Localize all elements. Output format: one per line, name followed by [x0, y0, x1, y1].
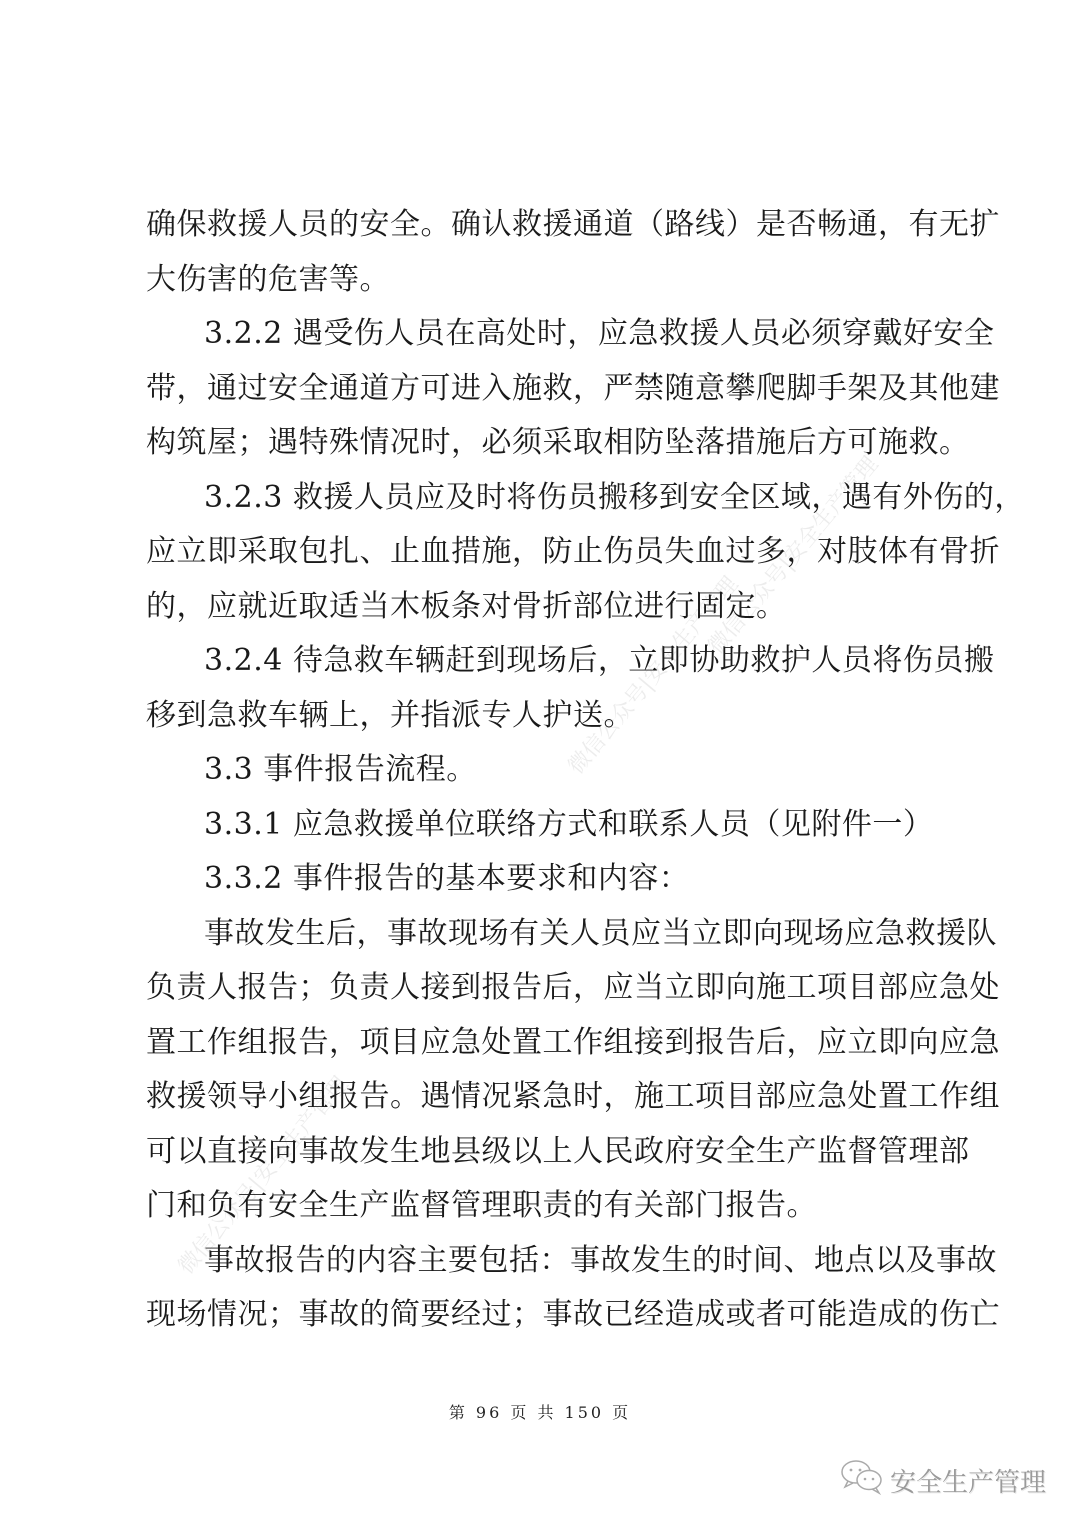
text-line: 应立即采取包扎、止血措施，防止伤员失血过多，对肢体有骨折	[146, 525, 946, 580]
body-text: 确保救援人员的安全。确认救援通道（路线）是否畅通，有无扩 大伤害的危害等。 3.…	[146, 198, 946, 1343]
source-watermark: 安全生产管理	[840, 1458, 1046, 1503]
text-line: 现场情况；事故的简要经过；事故已经造成或者可能造成的伤亡	[146, 1288, 946, 1343]
text-line: 3.2.4 待急救车辆赶到现场后，立即协助救护人员将伤员搬	[146, 634, 946, 689]
text-line: 负责人报告；负责人接到报告后，应当立即向施工项目部应急处	[146, 961, 946, 1016]
text-line: 移到急救车辆上，并指派专人护送。	[146, 689, 946, 744]
text-line: 事故发生后，事故现场有关人员应当立即向现场应急救援队	[146, 907, 946, 962]
subsection-heading: 3.3.2 事件报告的基本要求和内容：	[146, 852, 946, 907]
page-number: 第 96 页 共 150 页	[0, 1400, 1080, 1423]
wechat-icon	[840, 1458, 884, 1503]
text-line: 的，应就近取适当木板条对骨折部位进行固定。	[146, 580, 946, 635]
text-line: 救援领导小组报告。遇情况紧急时，施工项目部应急处置工作组	[146, 1070, 946, 1125]
text-line: 3.2.3 救援人员应及时将伤员搬移到安全区域，遇有外伤的，	[146, 471, 946, 526]
watermark-label: 安全生产管理	[890, 1462, 1046, 1499]
text-line: 门和负有安全生产监督管理职责的有关部门报告。	[146, 1179, 946, 1234]
text-line: 3.2.2 遇受伤人员在高处时，应急救援人员必须穿戴好安全	[146, 307, 946, 362]
text-line: 可以直接向事故发生地县级以上人民政府安全生产监督管理部	[146, 1125, 946, 1180]
text-line: 事故报告的内容主要包括：事故发生的时间、地点以及事故	[146, 1234, 946, 1289]
text-line: 置工作组报告，项目应急处置工作组接到报告后，应立即向应急	[146, 1016, 946, 1071]
document-page: 微信公众号|安全生产管理 微信公众号|安全生产管理 微信公众号|安全生产管理 确…	[0, 0, 1080, 1528]
text-line: 带，通过安全通道方可进入施救，严禁随意攀爬脚手架及其他建	[146, 362, 946, 417]
text-line: 大伤害的危害等。	[146, 253, 946, 308]
text-line: 确保救援人员的安全。确认救援通道（路线）是否畅通，有无扩	[146, 198, 946, 253]
section-heading: 3.3 事件报告流程。	[146, 743, 946, 798]
text-line: 构筑屋；遇特殊情况时，必须采取相防坠落措施后方可施救。	[146, 416, 946, 471]
subsection-heading: 3.3.1 应急救援单位联络方式和联系人员（见附件一）	[146, 798, 946, 853]
